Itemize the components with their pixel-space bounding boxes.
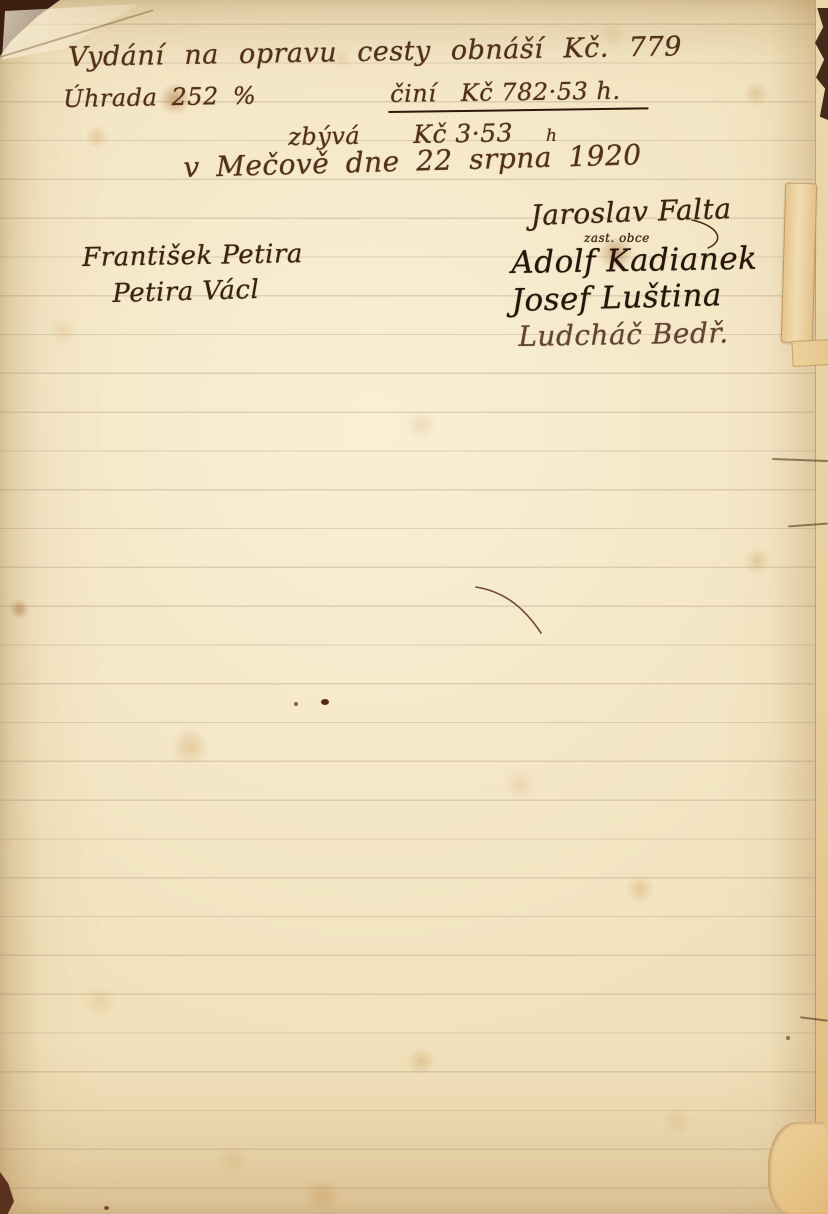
signature-frantisek-petira: František Petira <box>82 239 303 273</box>
signature-ludchac-bedr: Ludcháč Bedř. <box>518 316 729 353</box>
stain <box>84 126 110 148</box>
expense-line: Vydání na opravu cesty obnáší Kč. 779 <box>68 31 682 73</box>
total-line: činí Kč 782·53 h. <box>388 76 649 113</box>
stain <box>502 770 538 798</box>
ink-speck <box>294 702 298 706</box>
scanned-document-page: Vydání na opravu cesty obnáší Kč. 779 Úh… <box>0 0 828 1214</box>
signature-josef-lustina: Josef Luština <box>511 277 722 319</box>
tape-repair-fragment <box>791 339 828 367</box>
stain <box>168 730 212 764</box>
ink-speck <box>104 1206 109 1210</box>
stain <box>48 318 78 344</box>
stain <box>214 1146 252 1174</box>
torn-patch-bottom-right <box>768 1122 828 1214</box>
stain <box>404 412 438 438</box>
tape-repair <box>781 183 817 344</box>
ink-curve-mark <box>458 576 558 642</box>
stain <box>660 1108 694 1134</box>
stain <box>404 1048 438 1074</box>
dateline: v Mečově dne 22 srpna 1920 <box>183 138 642 184</box>
signature-adolf-kadianek: Adolf Kadianek <box>511 241 758 281</box>
ink-speck <box>786 1036 790 1040</box>
stain <box>300 1182 346 1208</box>
page-edge-strip <box>815 0 828 1214</box>
stain <box>742 82 770 106</box>
stain <box>10 598 28 620</box>
ink-speck <box>321 699 329 705</box>
stain <box>624 876 656 902</box>
stain <box>742 548 772 574</box>
torn-corner-bottom-left <box>0 1172 14 1214</box>
ruled-lines <box>0 0 828 1214</box>
signature-jaroslav-falta: Jaroslav Falta <box>530 192 732 232</box>
signature-petira-vacl: Petira Václ <box>112 275 260 309</box>
payment-line: Úhrada 252 % <box>63 82 256 113</box>
stain <box>80 986 120 1016</box>
